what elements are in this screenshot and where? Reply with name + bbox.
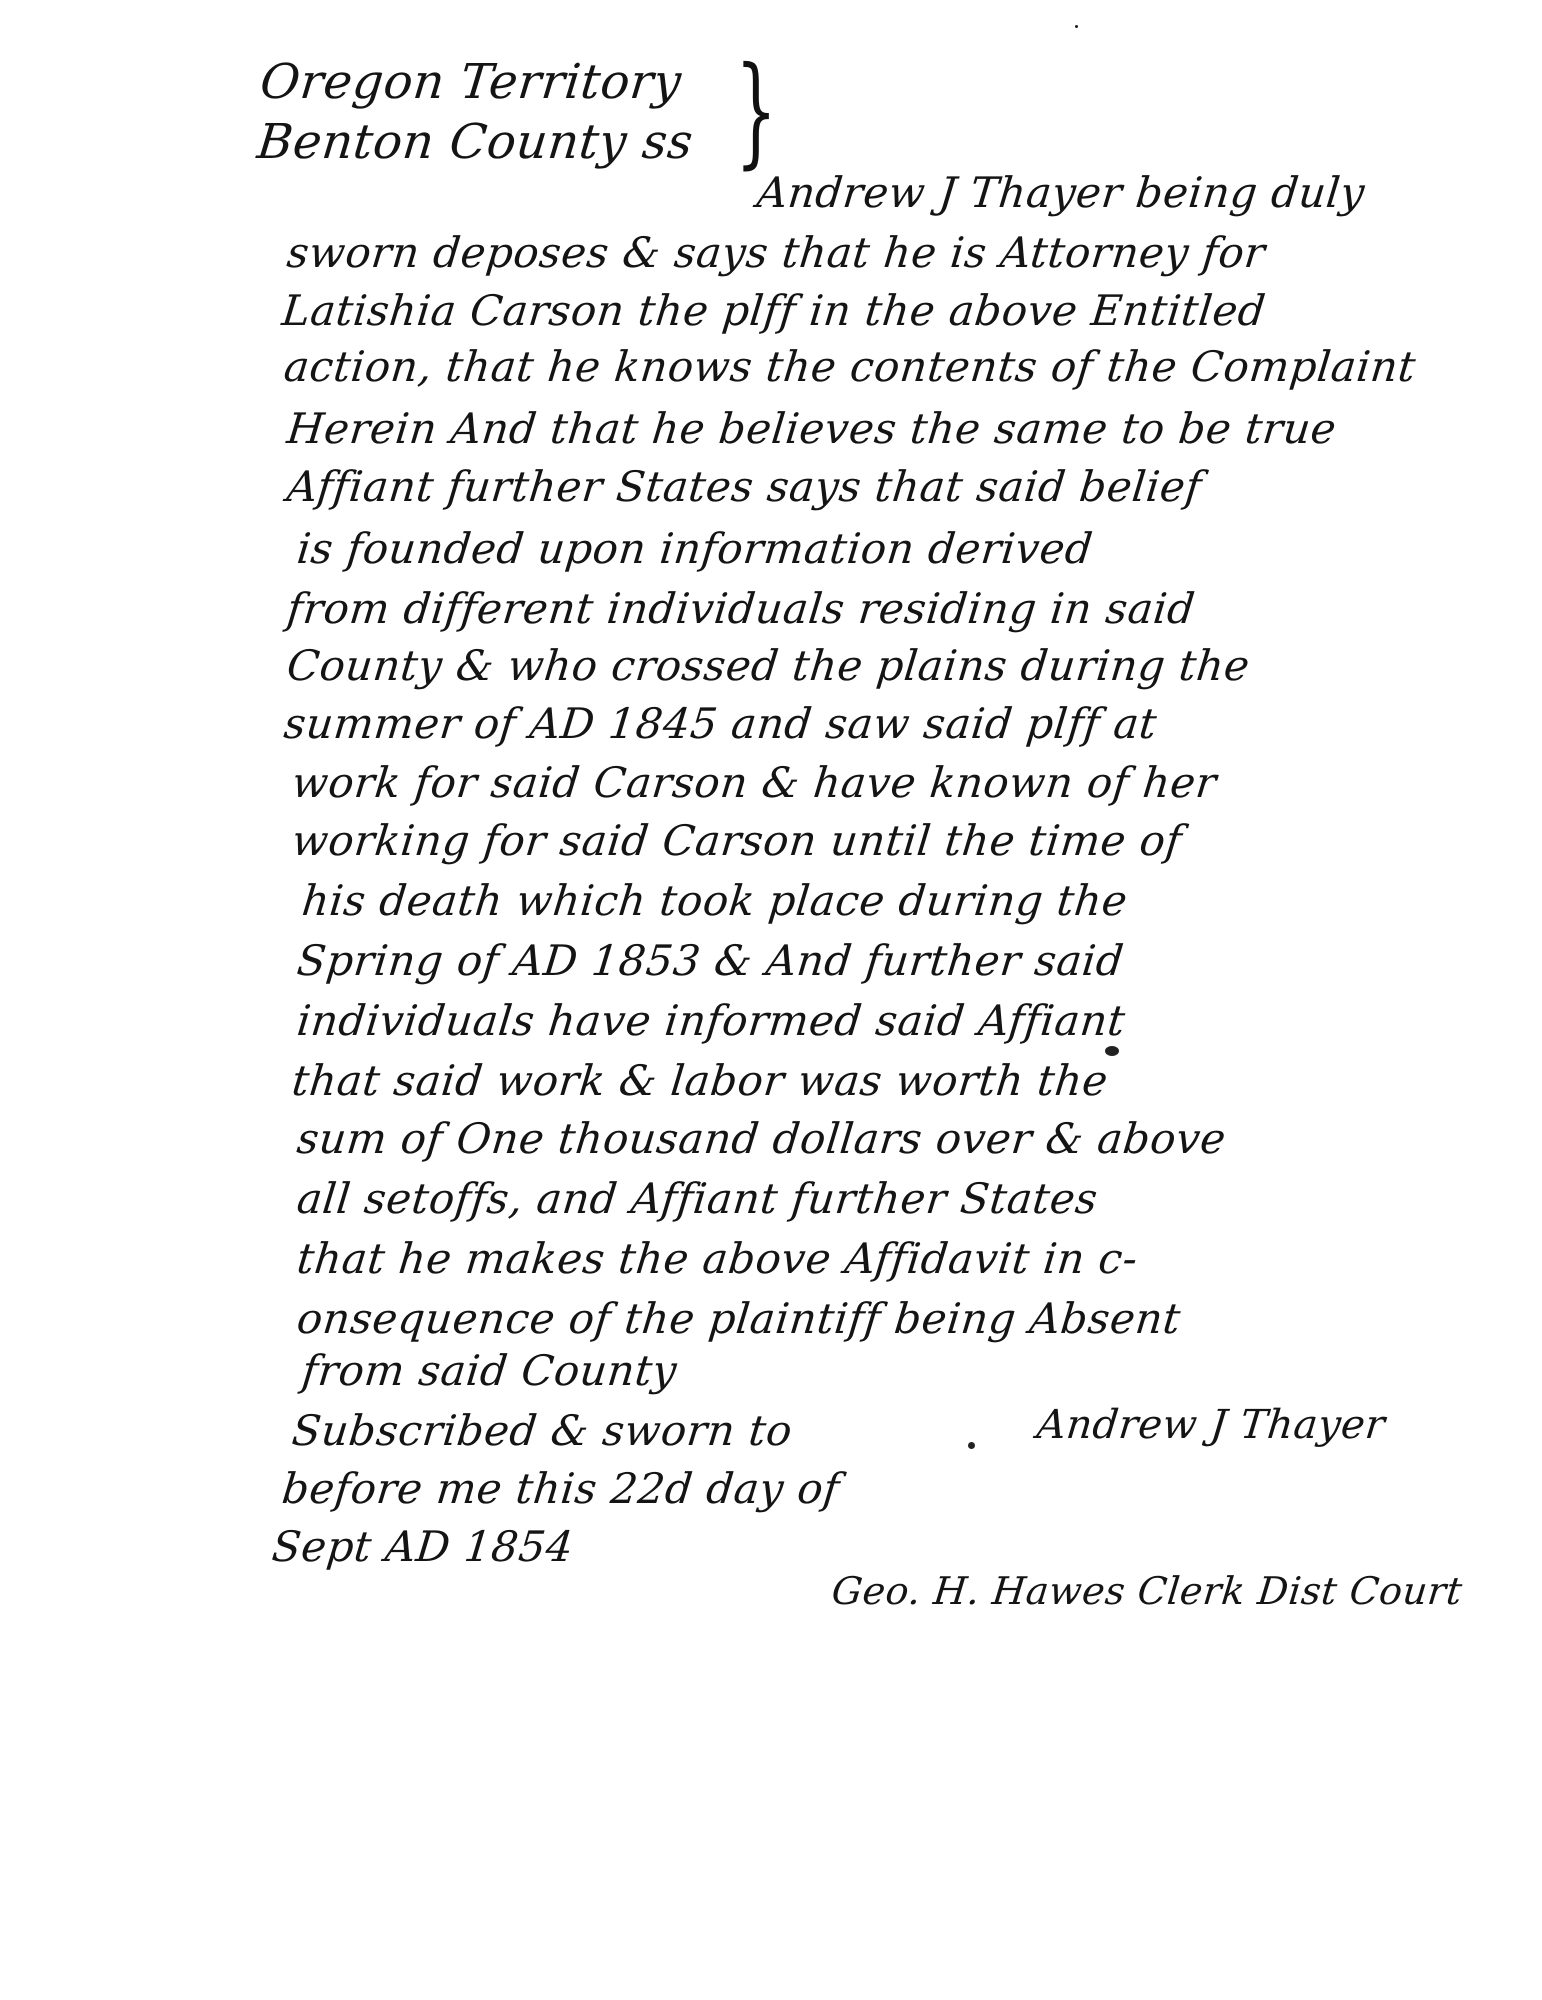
body-line: individuals have informed said Affiant	[295, 1000, 1127, 1042]
body-line: working for said Carson until the time o…	[290, 820, 1184, 862]
body-line: summer of AD 1845 and saw said plff at	[282, 703, 1159, 745]
body-line: all setoffs, and Affiant further States	[295, 1178, 1100, 1220]
body-line: sworn deposes & says that he is Attorney…	[285, 232, 1267, 274]
body-line: Spring of AD 1853 & And further said	[295, 940, 1126, 982]
body-line: Andrew J Thayer being duly	[755, 172, 1367, 214]
ink-dot	[968, 1442, 975, 1449]
body-line: is founded upon information derived	[295, 528, 1095, 570]
body-line: Affiant further States says that said be…	[285, 466, 1204, 508]
caption-territory: Oregon Territory	[258, 58, 684, 106]
body-line: sum of One thousand dollars over & above	[295, 1118, 1228, 1160]
body-line: from different individuals residing in s…	[285, 588, 1197, 630]
document-page: Oregon Territory Benton County ss } Andr…	[0, 0, 1542, 2000]
jurat-line-subscribed: Subscribed & sworn to	[290, 1410, 794, 1452]
clerk-signature: Geo. H. Hawes Clerk Dist Court	[830, 1572, 1464, 1610]
jurat-line-date: Sept AD 1854	[270, 1526, 575, 1568]
body-line: work for said Carson & have known of her	[290, 762, 1219, 804]
body-line: Herein And that he believes the same to …	[285, 408, 1338, 450]
body-line: onsequence of the plaintiff being Absent	[295, 1298, 1183, 1340]
ink-speck	[1075, 25, 1078, 28]
body-line: that said work & labor was worth the	[290, 1060, 1110, 1102]
body-line: his death which took place during the	[300, 880, 1130, 922]
body-line: Latishia Carson the plff in the above En…	[280, 290, 1268, 332]
caption-county: Benton County ss	[255, 118, 695, 166]
body-line: from said County	[300, 1350, 679, 1392]
affiant-signature: Andrew J Thayer	[1035, 1405, 1387, 1445]
ink-blot	[1105, 1046, 1119, 1056]
body-line: County & who crossed the plains during t…	[285, 645, 1252, 687]
caption-brace: }	[735, 52, 777, 172]
jurat-line-before-me: before me this 22d day of	[280, 1468, 842, 1510]
body-line: action, that he knows the contents of th…	[282, 346, 1418, 388]
body-line: that he makes the above Affidavit in c-	[295, 1238, 1140, 1280]
